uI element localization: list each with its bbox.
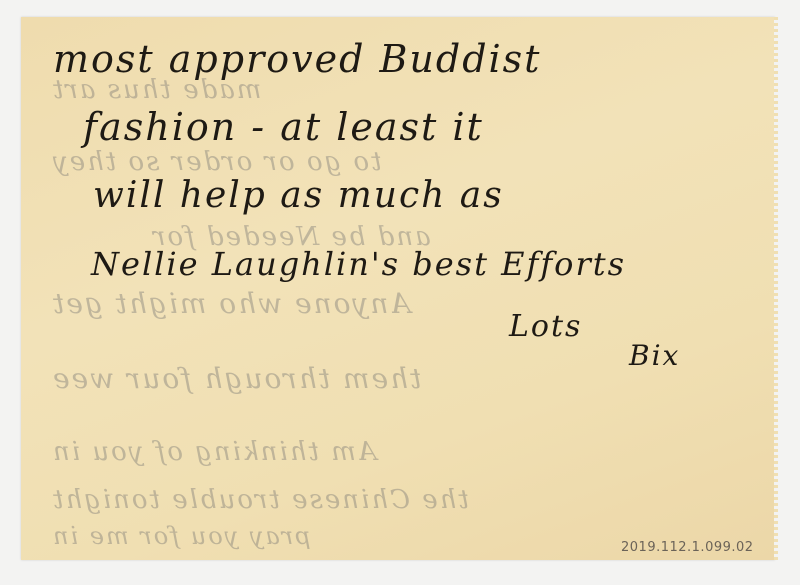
letter-line-3: will help as much as (93, 175, 504, 216)
perforated-edge (774, 17, 778, 560)
bleed-line-5: them through four wee (51, 362, 421, 395)
letter-signature: Bix (629, 339, 680, 372)
bleed-line-7: the Chinese trouble tonight (51, 485, 469, 515)
letter-paper: made thus art to go or order so they and… (21, 17, 775, 560)
letter-line-1: most approved Buddist (53, 37, 541, 81)
bleed-line-2: to go or order so they (51, 147, 382, 177)
bleed-line-8: pray you for me in (51, 522, 311, 550)
bleed-line-4: Anyone who might get (51, 287, 411, 320)
bleed-line-6: Am thinking of you in (51, 437, 377, 467)
letter-line-4: Nellie Laughlin's best Efforts (91, 245, 626, 283)
letter-closing: Lots (509, 309, 582, 344)
letter-line-2: fashion - at least it (83, 105, 484, 149)
catalog-number: 2019.112.1.099.02 (621, 540, 754, 555)
